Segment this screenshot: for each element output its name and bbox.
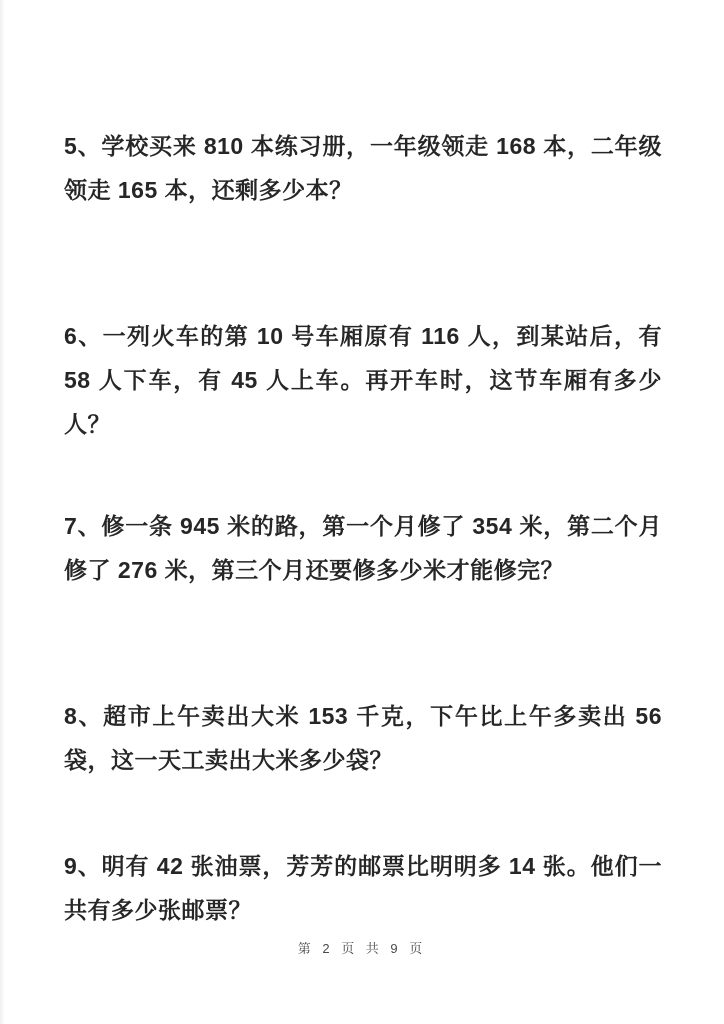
scan-edge-shading [0,0,5,1024]
problem-9: 9、明有 42 张油票，芳芳的邮票比明明多 14 张。他们一共有多少张邮票？ [64,844,662,932]
problem-6: 6、一列火车的第 10 号车厢原有 116 人，到某站后，有 58 人下车，有 … [64,314,662,446]
problem-5: 5、学校买来 810 本练习册，一年级领走 168 本，二年级领走 165 本，… [64,124,662,212]
page-footer: 第 2 页 共 9 页 [0,938,724,958]
worksheet-page: 5、学校买来 810 本练习册，一年级领走 168 本，二年级领走 165 本，… [0,0,724,1024]
problem-8: 8、超市上午卖出大米 153 千克，下午比上午多卖出 56 袋，这一天工卖出大米… [64,694,662,782]
page-number-indicator: 第 2 页 共 9 页 [298,941,427,956]
problem-7: 7、修一条 945 米的路，第一个月修了 354 米，第二个月修了 276 米，… [64,504,662,592]
